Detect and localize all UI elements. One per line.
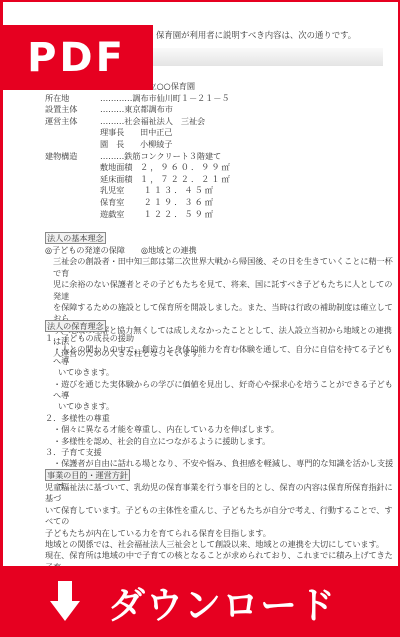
- section-childcare: 法人の保育理念 １．子どもの成長の援助 ・人との関わりの中で、創造力と身体的能力…: [45, 320, 395, 493]
- area-row: 敷地面積 ２，９６０．９９㎡: [45, 162, 385, 174]
- pdf-badge: PDF: [0, 25, 153, 90]
- info-row-address: 所在地 …………調布市仙川町１－２１－５: [45, 93, 385, 105]
- info-label: 所在地: [45, 93, 100, 105]
- text-line: ・人との関わりの中で、創造力と身体的能力を育む体験を通して、自分に自信を持てる子…: [53, 344, 395, 367]
- area-label: 敷地面積: [100, 162, 140, 174]
- intro-text: 保育園が利用者に説明すべき内容は、次の通りです。: [156, 29, 356, 41]
- area-label: 遊戯室: [100, 209, 140, 221]
- info-value: ………鉄筋コンクリート３階建て: [100, 151, 221, 163]
- person-name: 田中正己: [140, 127, 172, 139]
- info-value: ………東京都調布市: [100, 104, 173, 116]
- text-line: 三祉会の創設者・田中知三郎は第二次世界大戦から帰国後、その日を生きていくことに精…: [53, 256, 395, 279]
- text-line: いてゆきます。: [53, 367, 395, 378]
- facility-info: 名称 ………調布市立○○保育園 所在地 …………調布市仙川町１－２１－５ 設置主…: [45, 81, 385, 220]
- area-label: 延床面積: [100, 174, 140, 186]
- area-value: ２，９６０．９９㎡: [140, 162, 215, 174]
- area-value: １１３．４５㎡: [140, 185, 215, 197]
- bullet: ・多様性を認め、社会的自立につながるように援助します。: [45, 436, 395, 447]
- area-row: 遊戯室 １２２．５９㎡: [45, 209, 385, 221]
- area-value: １，７２２．２１㎡: [140, 174, 215, 186]
- text-line: ・個々に異なる才能を尊重し、内在している力を伸ばします。: [53, 424, 395, 435]
- area-label: 保育室: [100, 197, 140, 209]
- person-name: 小柳綾子: [140, 139, 172, 151]
- section-heading: 法人の基本理念: [45, 232, 106, 244]
- area-value: ２１９．３６㎡: [140, 197, 215, 209]
- section-heading: 事業の目的・運営方針: [45, 469, 130, 481]
- info-row-director: 園 長 小柳綾子: [45, 139, 385, 151]
- info-value: ………社会福祉法人 三祉会: [100, 116, 205, 128]
- philosophy-subtitle: ◎子どもの発達の保障 ◎地域との連携: [45, 245, 395, 256]
- bullet: ・人との関わりの中で、創造力と身体的能力を育む体験を通して、自分に自信を持てる子…: [45, 344, 395, 378]
- info-label: 建物構造: [45, 151, 100, 163]
- section-heading: 法人の保育理念: [45, 320, 106, 332]
- text-line: ・多様性を認め、社会的自立につながるように援助します。: [53, 436, 395, 447]
- childcare-item-title: １．子どもの成長の援助: [45, 333, 395, 344]
- text-line: 子どもたちが内在している力を育てられる保育を目指します。: [45, 528, 395, 539]
- person-role: 園 長: [100, 139, 140, 151]
- text-line: いてゆきます。: [53, 401, 395, 412]
- area-row: 延床面積 １，７２２．２１㎡: [45, 174, 385, 186]
- bullet: ・個々に異なる才能を尊重し、内在している力を伸ばします。: [45, 424, 395, 435]
- info-label: 運営主体: [45, 116, 100, 128]
- bullet: ・遊びを通じた実体験からの学びに価値を見出し、好奇心や探求心を培うことができる子…: [45, 379, 395, 413]
- area-label: 乳児室: [100, 185, 140, 197]
- text-line: 児童福祉法に基づいて、乳幼児の保育事業を行う事を目的とし、保育の内容は保育所保育…: [45, 482, 395, 505]
- info-row-chairman: 理事長 田中正己: [45, 127, 385, 139]
- info-row-structure: 建物構造 ………鉄筋コンクリート３階建て: [45, 151, 385, 163]
- info-row-operator: 運営主体 ………社会福祉法人 三祉会: [45, 116, 385, 128]
- text-line: 地域との関係では、社会福祉法人三祉会として創設以来、地域との連携を大切にしていま…: [45, 539, 395, 550]
- info-row-founder: 設置主体 ………東京都調布市: [45, 104, 385, 116]
- childcare-item-title: ３．子育て支援: [45, 447, 395, 458]
- childcare-item-title: ２．多様性の尊重: [45, 413, 395, 424]
- section-purpose: 事業の目的・運営方針 児童福祉法に基づいて、乳幼児の保育事業を行う事を目的とし、…: [45, 469, 395, 566]
- download-button[interactable]: ダウンロード: [0, 566, 400, 637]
- text-line: ・遊びを通じた実体験からの学びに価値を見出し、好奇心や探求心を培うことができる子…: [53, 379, 395, 402]
- text-line: 現在、保育所は地域の中で子育ての核となることが求められており、これまでに積み上げ…: [45, 550, 395, 566]
- person-role: 理事長: [100, 127, 140, 139]
- info-label: 設置主体: [45, 104, 100, 116]
- area-row: 乳児室 １１３．４５㎡: [45, 185, 385, 197]
- area-value: １２２．５９㎡: [140, 209, 215, 221]
- download-label: ダウンロード: [108, 575, 336, 629]
- text-line: 児に余裕のない保護者とその子どもたちを見て、将来、国に託すべき子どもたちに人とし…: [53, 279, 395, 302]
- download-arrow-icon: [50, 581, 80, 623]
- info-value: …………調布市仙川町１－２１－５: [100, 93, 229, 105]
- area-row: 保育室 ２１９．３６㎡: [45, 197, 385, 209]
- text-line: いて保育しています。子どもの主体性を重んじ、子どもたちが自分で考え、行動すること…: [45, 505, 395, 528]
